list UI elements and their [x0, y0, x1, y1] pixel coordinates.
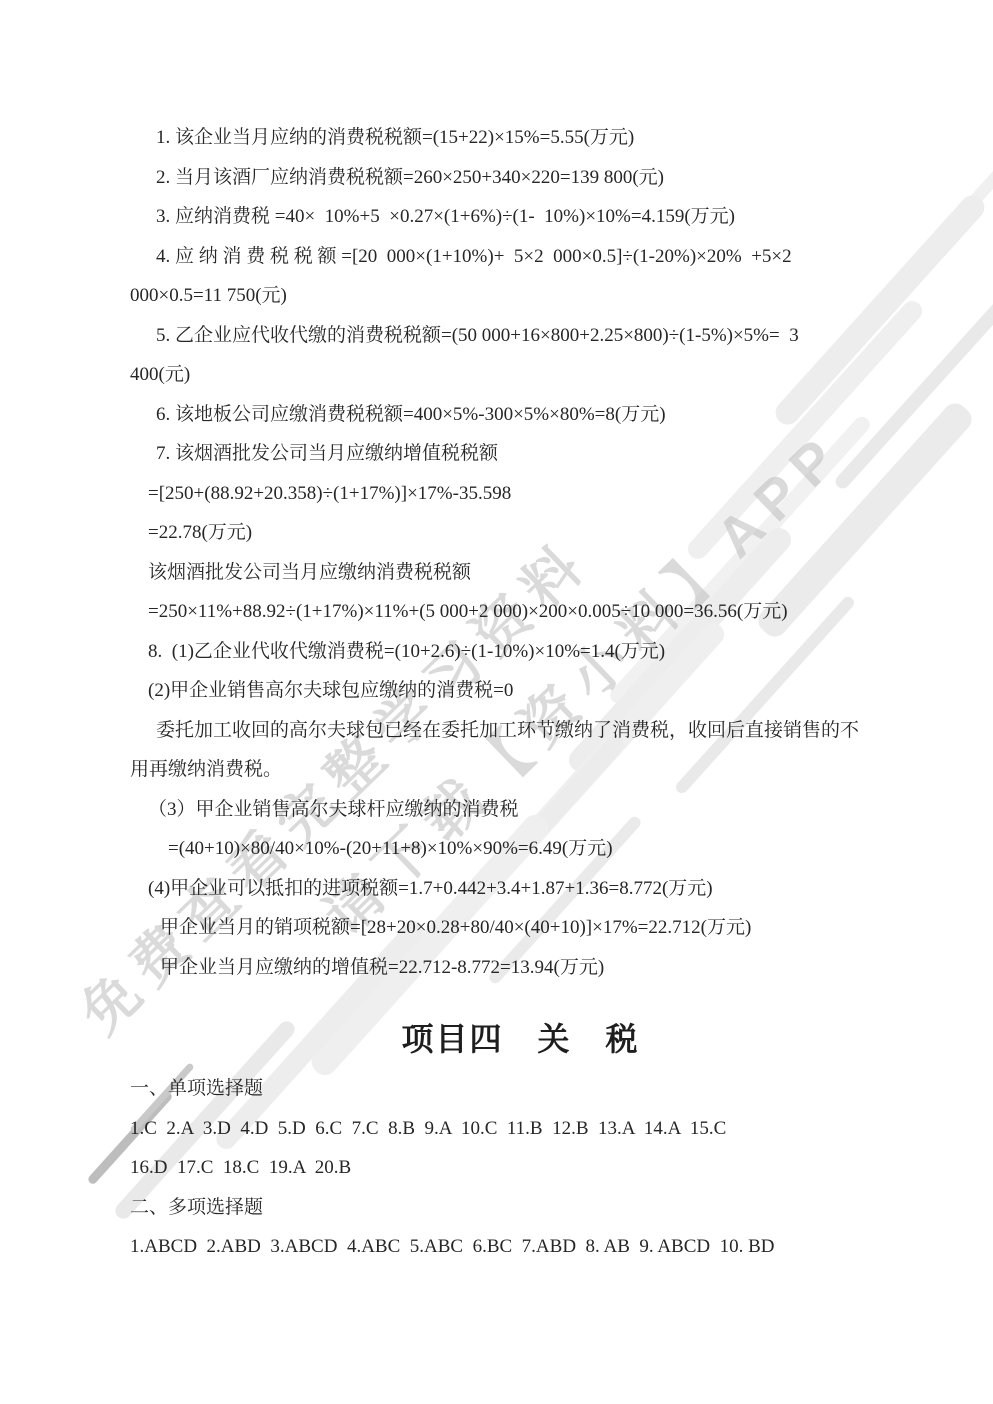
answer-line: （3）甲企业销售高尔夫球杆应缴纳的消费税: [130, 790, 911, 830]
answer-line: 400(元): [130, 355, 911, 395]
answer-line: 3. 应纳消费税 =40× 10%+5 ×0.27×(1+6%)÷(1- 10%…: [130, 197, 911, 237]
answer-line: =(40+10)×80/40×10%-(20+11+8)×10%×90%=6.4…: [130, 829, 911, 869]
answer-line: 5. 乙企业应代收代缴的消费税税额=(50 000+16×800+2.25×80…: [130, 316, 911, 356]
answer-line: 用再缴纳消费税。: [130, 750, 911, 790]
answer-line: 8. (1)乙企业代收代缴消费税=(10+2.6)÷(1-10%)×10%=1.…: [130, 632, 911, 672]
answer-line: 7. 该烟酒批发公司当月应缴纳增值税税额: [130, 434, 911, 474]
answer-key-content: 1. 该企业当月应纳的消费税税额=(15+22)×15%=5.55(万元) 2.…: [0, 0, 993, 1267]
answer-line: =250×11%+88.92÷(1+17%)×11%+(5 000+2 000)…: [130, 592, 911, 632]
single-choice-answers-row: 1.C 2.A 3.D 4.D 5.D 6.C 7.C 8.B 9.A 10.C…: [130, 1109, 911, 1149]
single-choice-answers-row: 16.D 17.C 18.C 19.A 20.B: [130, 1148, 911, 1188]
answer-line: 4. 应 纳 消 费 税 税 额 =[20 000×(1+10%)+ 5×2 0…: [130, 237, 911, 277]
answer-line: 000×0.5=11 750(元): [130, 276, 911, 316]
answer-line: 该烟酒批发公司当月应缴纳消费税税额: [130, 553, 911, 593]
chapter-title: 项目四 关 税: [130, 1015, 911, 1063]
answer-line: 2. 当月该酒厂应纳消费税税额=260×250+340×220=139 800(…: [130, 158, 911, 198]
answer-line: 甲企业当月的销项税额=[28+20×0.28+80/40×(40+10)]×17…: [130, 908, 911, 948]
answer-line: (2)甲企业销售高尔夫球包应缴纳的消费税=0: [130, 671, 911, 711]
answer-line: =[250+(88.92+20.358)÷(1+17%)]×17%-35.598: [130, 474, 911, 514]
document-page: 免费查看完整学习资料 请下载【资小料】APP 1. 该企业当月应纳的消费税税额=…: [0, 0, 993, 1404]
multi-choice-heading: 二、多项选择题: [130, 1188, 911, 1228]
answer-line: =22.78(万元): [130, 513, 911, 553]
answer-line: 委托加工收回的高尔夫球包已经在委托加工环节缴纳了消费税，收回后直接销售的不: [130, 711, 911, 751]
answer-line: 甲企业当月应缴纳的增值税=22.712-8.772=13.94(万元): [130, 948, 911, 988]
single-choice-heading: 一、单项选择题: [130, 1069, 911, 1109]
answer-line: 1. 该企业当月应纳的消费税税额=(15+22)×15%=5.55(万元): [130, 118, 911, 158]
answer-line: (4)甲企业可以抵扣的进项税额=1.7+0.442+3.4+1.87+1.36=…: [130, 869, 911, 909]
multi-choice-answers-row: 1.ABCD 2.ABD 3.ABCD 4.ABC 5.ABC 6.BC 7.A…: [130, 1227, 911, 1267]
answer-line: 6. 该地板公司应缴消费税税额=400×5%-300×5%×80%=8(万元): [130, 395, 911, 435]
